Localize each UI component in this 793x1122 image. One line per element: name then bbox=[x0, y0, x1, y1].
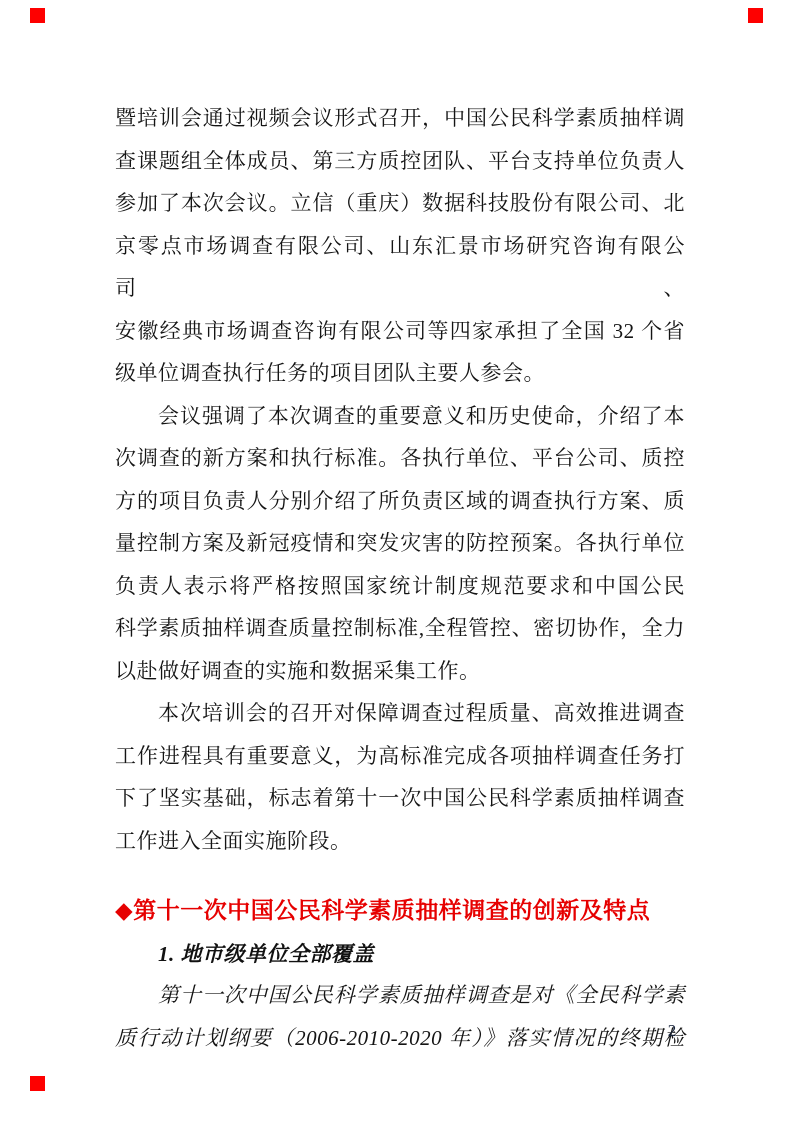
subsection-heading: 1. 地市级单位全部覆盖 bbox=[115, 934, 685, 974]
text-line: 安徽经典市场调查咨询有限公司等四家承担了全国 32 个省 bbox=[115, 310, 685, 353]
text-line: 以赴做好调查的实施和数据采集工作。 bbox=[115, 650, 685, 693]
corner-registration-mark-bottom-left bbox=[30, 1076, 45, 1091]
text-line: 质行动计划纲要（2006-2010-2020 年）》落实情况的终期检 bbox=[115, 1017, 685, 1060]
text-line: 工作进入全面实施阶段。 bbox=[115, 820, 685, 863]
corner-registration-mark-top-right bbox=[748, 8, 763, 23]
text-line: 科学素质抽样调查质量控制标准,全程管控、密切协作，全力 bbox=[115, 607, 685, 650]
text-line: 方的项目负责人分别介绍了所负责区域的调查执行方案、质 bbox=[115, 480, 685, 523]
text-line: 工作进程具有重要意义，为高标准完成各项抽样调查任务打 bbox=[115, 735, 685, 778]
text-line: 第十一次中国公民科学素质抽样调查是对《全民科学素 bbox=[115, 974, 685, 1017]
text-line: 次调查的新方案和执行标准。各执行单位、平台公司、质控 bbox=[115, 437, 685, 480]
text-line: 级单位调查执行任务的项目团队主要人参会。 bbox=[115, 352, 685, 395]
text-line: 京零点市场调查有限公司、山东汇景市场研究咨询有限公司、 bbox=[115, 225, 685, 310]
corner-registration-mark-top-left bbox=[30, 8, 45, 23]
text-line: 参加了本次会议。立信（重庆）数据科技股份有限公司、北 bbox=[115, 182, 685, 225]
text-line: 负责人表示将严格按照国家统计制度规范要求和中国公民 bbox=[115, 565, 685, 608]
text-line: 暨培训会通过视频会议形式召开，中国公民科学素质抽样调 bbox=[115, 97, 685, 140]
text-line: 会议强调了本次调查的重要意义和历史使命，介绍了本 bbox=[115, 395, 685, 438]
document-page: 暨培训会通过视频会议形式召开，中国公民科学素质抽样调查课题组全体成员、第三方质控… bbox=[0, 0, 793, 1122]
text-line: 查课题组全体成员、第三方质控团队、平台支持单位负责人 bbox=[115, 140, 685, 183]
page-number: 2 bbox=[662, 1020, 682, 1042]
text-line: 下了坚实基础，标志着第十一次中国公民科学素质抽样调查 bbox=[115, 777, 685, 820]
document-body: 暨培训会通过视频会议形式召开，中国公民科学素质抽样调查课题组全体成员、第三方质控… bbox=[115, 97, 685, 1059]
section-heading: ◆第十一次中国公民科学素质抽样调查的创新及特点 bbox=[115, 892, 685, 928]
text-line: 量控制方案及新冠疫情和突发灾害的防控预案。各执行单位 bbox=[115, 522, 685, 565]
text-line: 本次培训会的召开对保障调查过程质量、高效推进调查 bbox=[115, 692, 685, 735]
